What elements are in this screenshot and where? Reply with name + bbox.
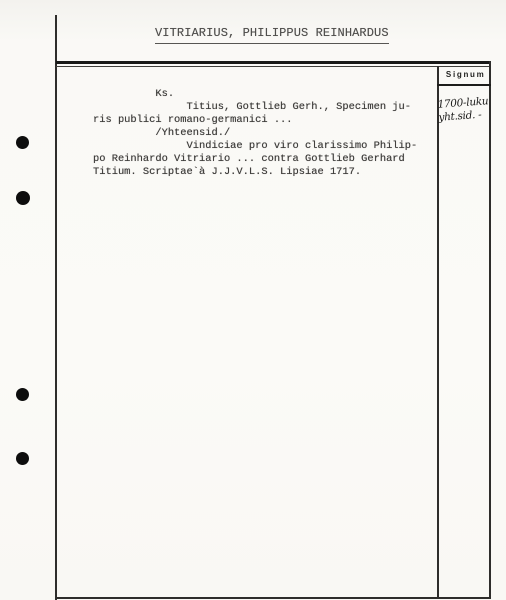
punch-hole-dot-3	[16, 388, 29, 401]
entry-text-block: Ks. Titius, Gottlieb Gerh., Specimen ju-…	[93, 88, 417, 179]
entry-line-4: /Yhteensid./	[93, 127, 417, 140]
punch-hole-dot-1	[16, 136, 29, 149]
entry-line-2: Titius, Gottlieb Gerh., Specimen ju-	[93, 101, 417, 114]
signum-header-underline	[437, 84, 491, 86]
punch-hole-dot-4	[16, 452, 29, 465]
table-right-border	[489, 61, 491, 599]
signum-column-header: Signum	[438, 70, 492, 79]
entry-line-3: ris publici romano-germanici ...	[93, 114, 417, 127]
entry-line-5: Vindiciae pro viro clarissimo Philip-	[93, 140, 417, 153]
table-bottom-border	[56, 597, 491, 599]
entry-line-6: po Reinhardo Vitriario ... contra Gottli…	[93, 153, 417, 166]
table-top-thin-rule	[56, 66, 491, 67]
card-heading: VITRIARIUS, PHILIPPUS REINHARDUS	[155, 26, 389, 44]
catalog-card-scan: VITRIARIUS, PHILIPPUS REINHARDUS Signum …	[0, 0, 506, 600]
punch-hole-dot-2	[16, 191, 30, 205]
entry-line-1: Ks.	[93, 88, 417, 101]
entry-line-7: Titium. Scriptae`à J.J.V.L.S. Lipsiae 17…	[93, 166, 417, 179]
table-top-thick-rule	[56, 61, 491, 64]
left-margin-rule	[55, 15, 57, 600]
signum-handwritten-note: 1700-luku yht.sid. -	[437, 95, 489, 123]
signum-column-divider	[437, 66, 439, 599]
